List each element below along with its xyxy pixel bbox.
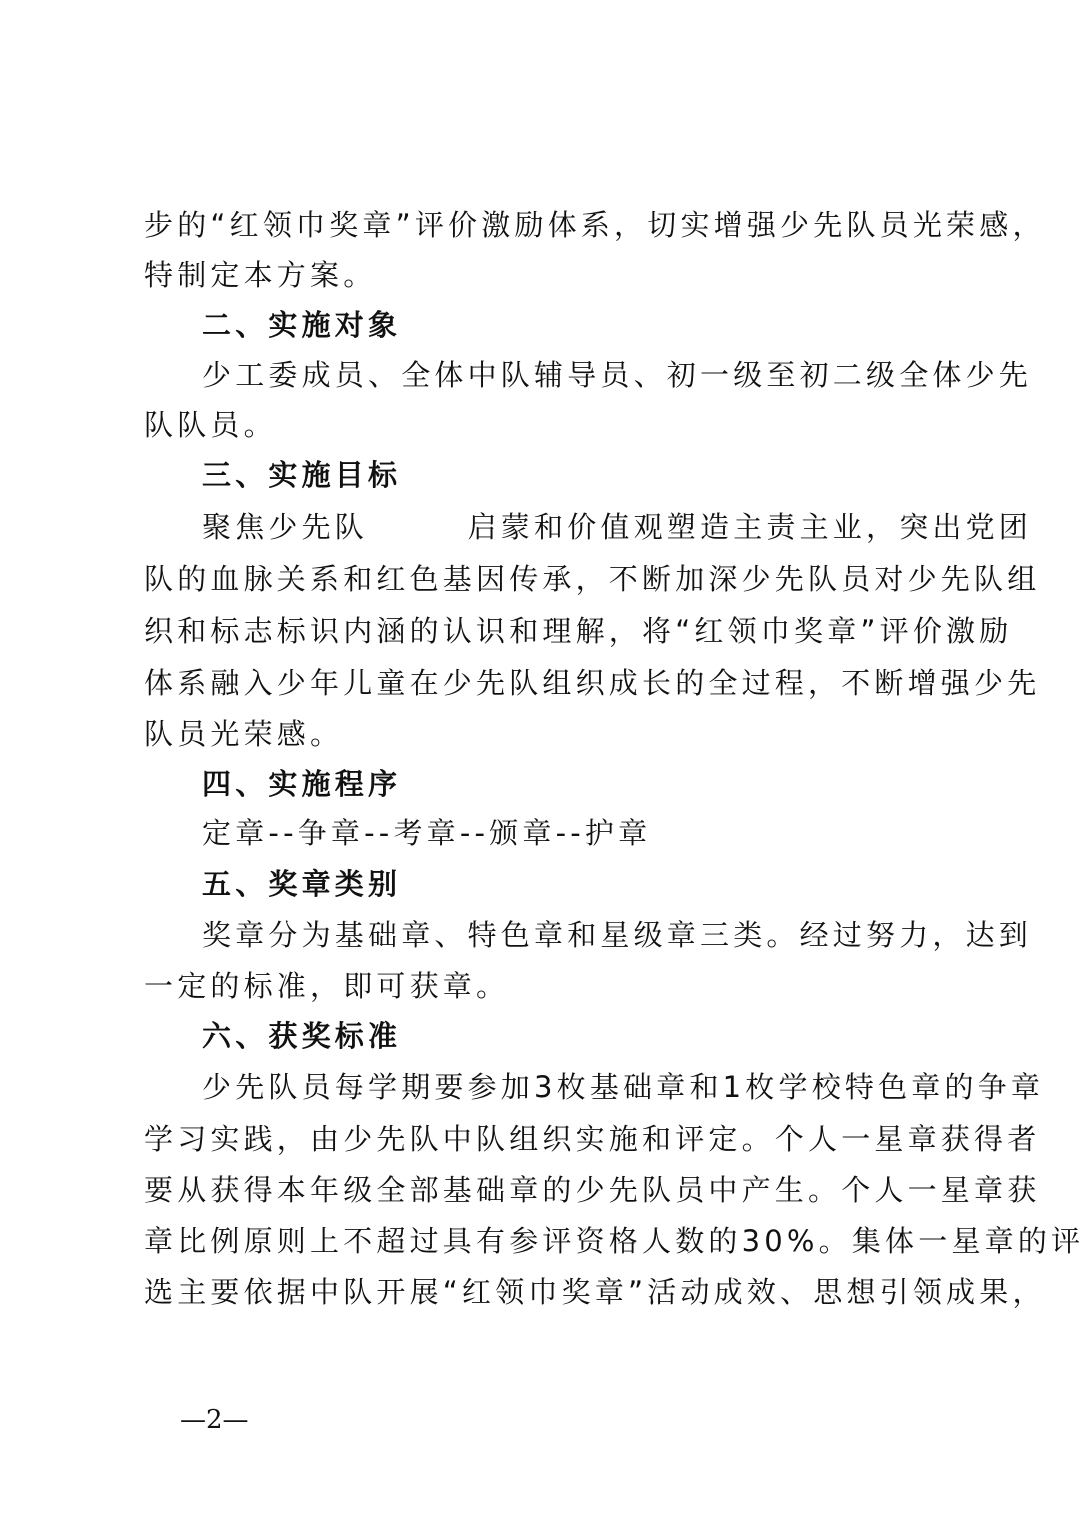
paragraph-line: 定章--争章--考章--颁章--护章 [202, 815, 1002, 851]
section-heading-goals: 三、实施目标 [202, 457, 1002, 493]
section-heading-categories: 五、奖章类别 [202, 866, 1002, 902]
paragraph-line: 一定的标准，即可获章。 [144, 968, 944, 1004]
paragraph-line: 体系融入少年儿童在少先队组织成长的全过程，不断增强少先 [144, 665, 944, 701]
paragraph-line: 章比例原则上不超过具有参评资格人数的30%。集体一星章的评 [144, 1223, 944, 1259]
section-heading-standards: 六、获奖标准 [202, 1018, 1002, 1054]
section-heading-procedure: 四、实施程序 [202, 766, 1002, 802]
paragraph-line: 奖章分为基础章、特色章和星级章三类。经过努力，达到 [202, 917, 1002, 953]
paragraph-line: 要从获得本年级全部基础章的少先队员中产生。个人一星章获 [144, 1172, 944, 1208]
paragraph-line: 队队员。 [144, 407, 944, 443]
paragraph-line: 学习实践，由少先队中队组织实施和评定。个人一星章获得者 [144, 1121, 944, 1157]
paragraph-line: 队员光荣感。 [144, 716, 944, 752]
page-number: —2— [180, 1405, 249, 1435]
paragraph-line: 步的“红领巾奖章”评价激励体系，切实增强少先队员光荣感， [144, 207, 944, 243]
section-heading-targets: 二、实施对象 [202, 307, 1002, 343]
paragraph-line: 队的血脉关系和红色基因传承，不断加深少先队员对少先队组 [144, 561, 944, 597]
paragraph-line: 少工委成员、全体中队辅导员、初一级至初二级全体少先 [202, 357, 1002, 393]
paragraph-line: 织和标志标识内涵的认识和理解，将“红领巾奖章”评价激励 [144, 613, 944, 649]
paragraph-line: 选主要依据中队开展“红领巾奖章”活动成效、思想引领成果， [144, 1274, 944, 1310]
paragraph-line: 聚焦少先队 启蒙和价值观塑造主责主业，突出党团 [202, 509, 1002, 545]
paragraph-line: 少先队员每学期要参加3枚基础章和1枚学校特色章的争章 [202, 1069, 1002, 1105]
paragraph-line: 特制定本方案。 [144, 257, 944, 293]
